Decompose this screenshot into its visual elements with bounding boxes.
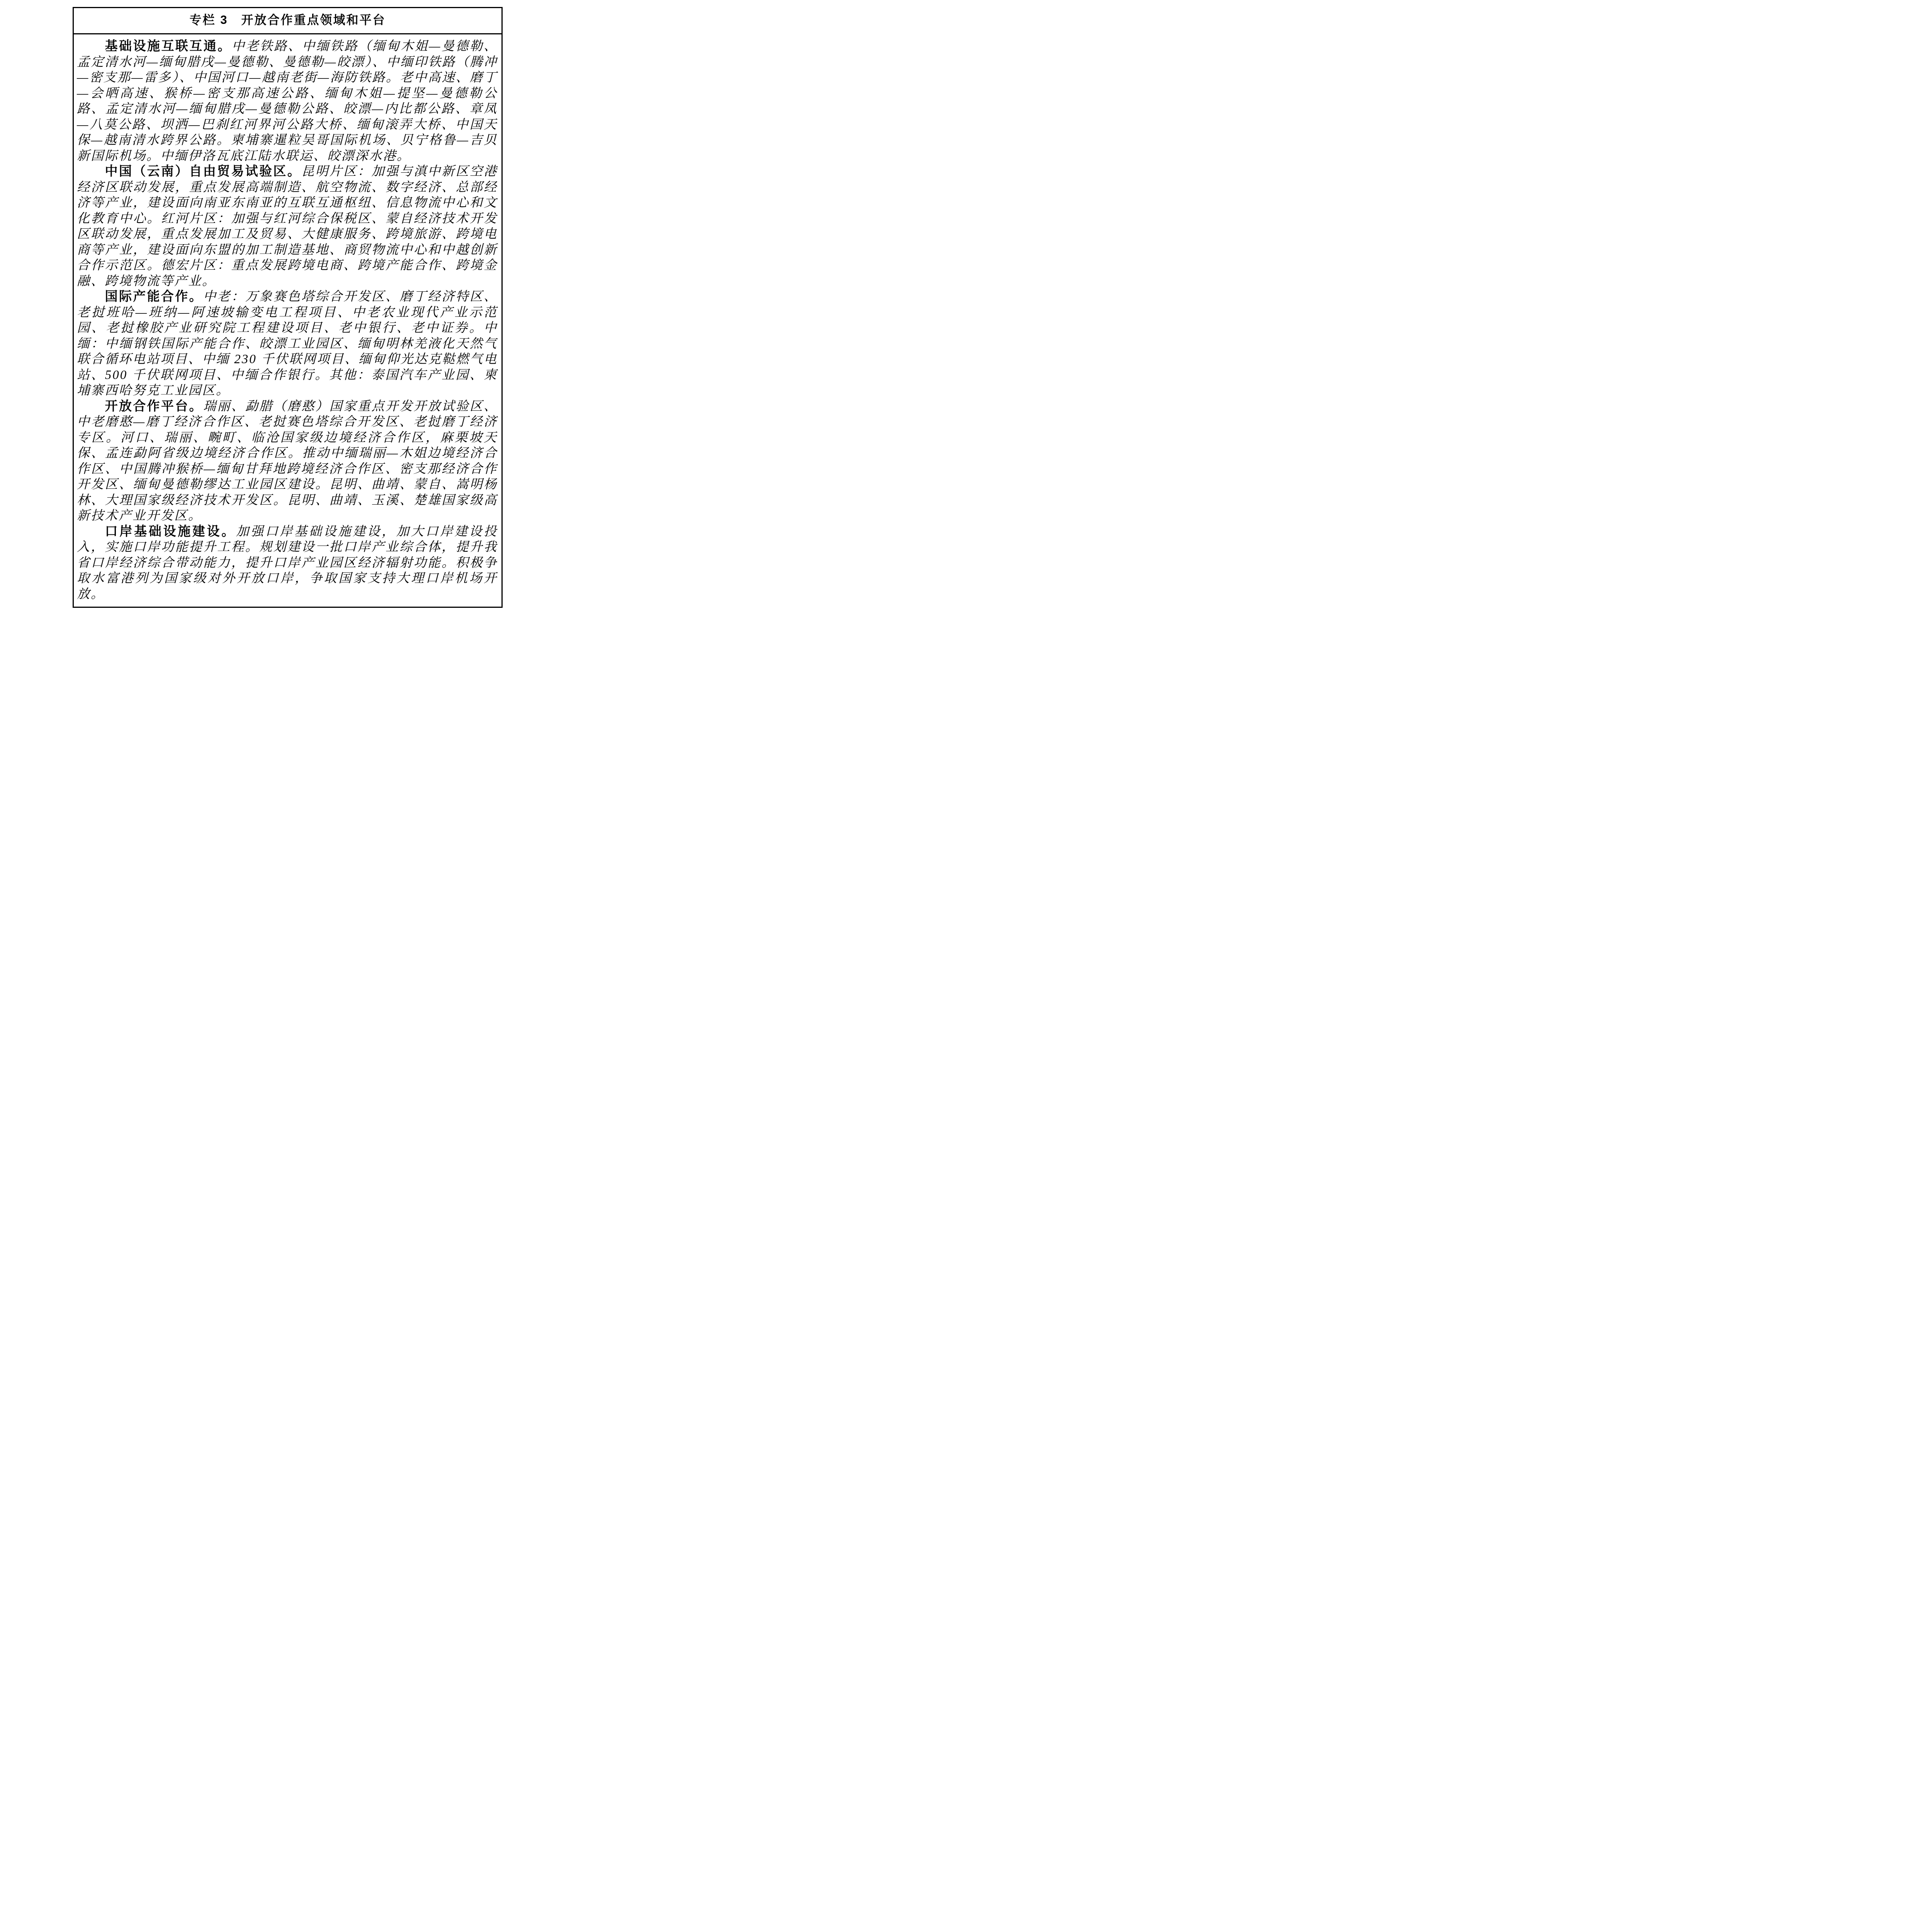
paragraph-port-infrastructure: 口岸基础设施建设。加强口岸基础设施建设，加大口岸建设投入，实施口岸功能提升工程。…: [77, 524, 498, 602]
paragraph-text: 瑞丽、勐腊（磨憨）国家重点开发开放试验区、中老磨憨—磨丁经济合作区、老挝赛色塔综…: [77, 400, 498, 523]
paragraph-lead: 口岸基础设施建设。: [105, 525, 236, 539]
paragraph-infrastructure: 基础设施互联互通。中老铁路、中缅铁路（缅甸木姐—曼德勒、孟定清水河—缅甸腊戌—曼…: [77, 39, 498, 164]
paragraph-text: 中老：万象赛色塔综合开发区、磨丁经济特区、老挝班哈—班纳—阿速坡输变电工程项目、…: [77, 290, 498, 398]
box-body: 基础设施互联互通。中老铁路、中缅铁路（缅甸木姐—曼德勒、孟定清水河—缅甸腊戌—曼…: [74, 34, 501, 602]
paragraph-lead: 开放合作平台。: [105, 400, 203, 413]
paragraph-text: 中老铁路、中缅铁路（缅甸木姐—曼德勒、孟定清水河—缅甸腊戌—曼德勒、曼德勒—皎漂…: [77, 39, 498, 163]
paragraph-lead: 中国（云南）自由贸易试验区。: [105, 165, 301, 179]
paragraph-lead: 基础设施互联互通。: [105, 39, 232, 53]
paragraph-free-trade-zone: 中国（云南）自由贸易试验区。昆明片区：加强与滇中新区空港经济区联动发展，重点发展…: [77, 164, 498, 289]
paragraph-lead: 国际产能合作。: [105, 290, 203, 304]
paragraph-capacity-cooperation: 国际产能合作。中老：万象赛色塔综合开发区、磨丁经济特区、老挝班哈—班纳—阿速坡输…: [77, 289, 498, 399]
box-title: 专栏 3 开放合作重点领域和平台: [74, 12, 501, 28]
paragraph-cooperation-platforms: 开放合作平台。瑞丽、勐腊（磨憨）国家重点开发开放试验区、中老磨憨—磨丁经济合作区…: [77, 399, 498, 524]
paragraph-text: 昆明片区：加强与滇中新区空港经济区联动发展，重点发展高端制造、航空物流、数字经济…: [77, 165, 498, 288]
column-box: 专栏 3 开放合作重点领域和平台 基础设施互联互通。中老铁路、中缅铁路（缅甸木姐…: [73, 7, 503, 608]
